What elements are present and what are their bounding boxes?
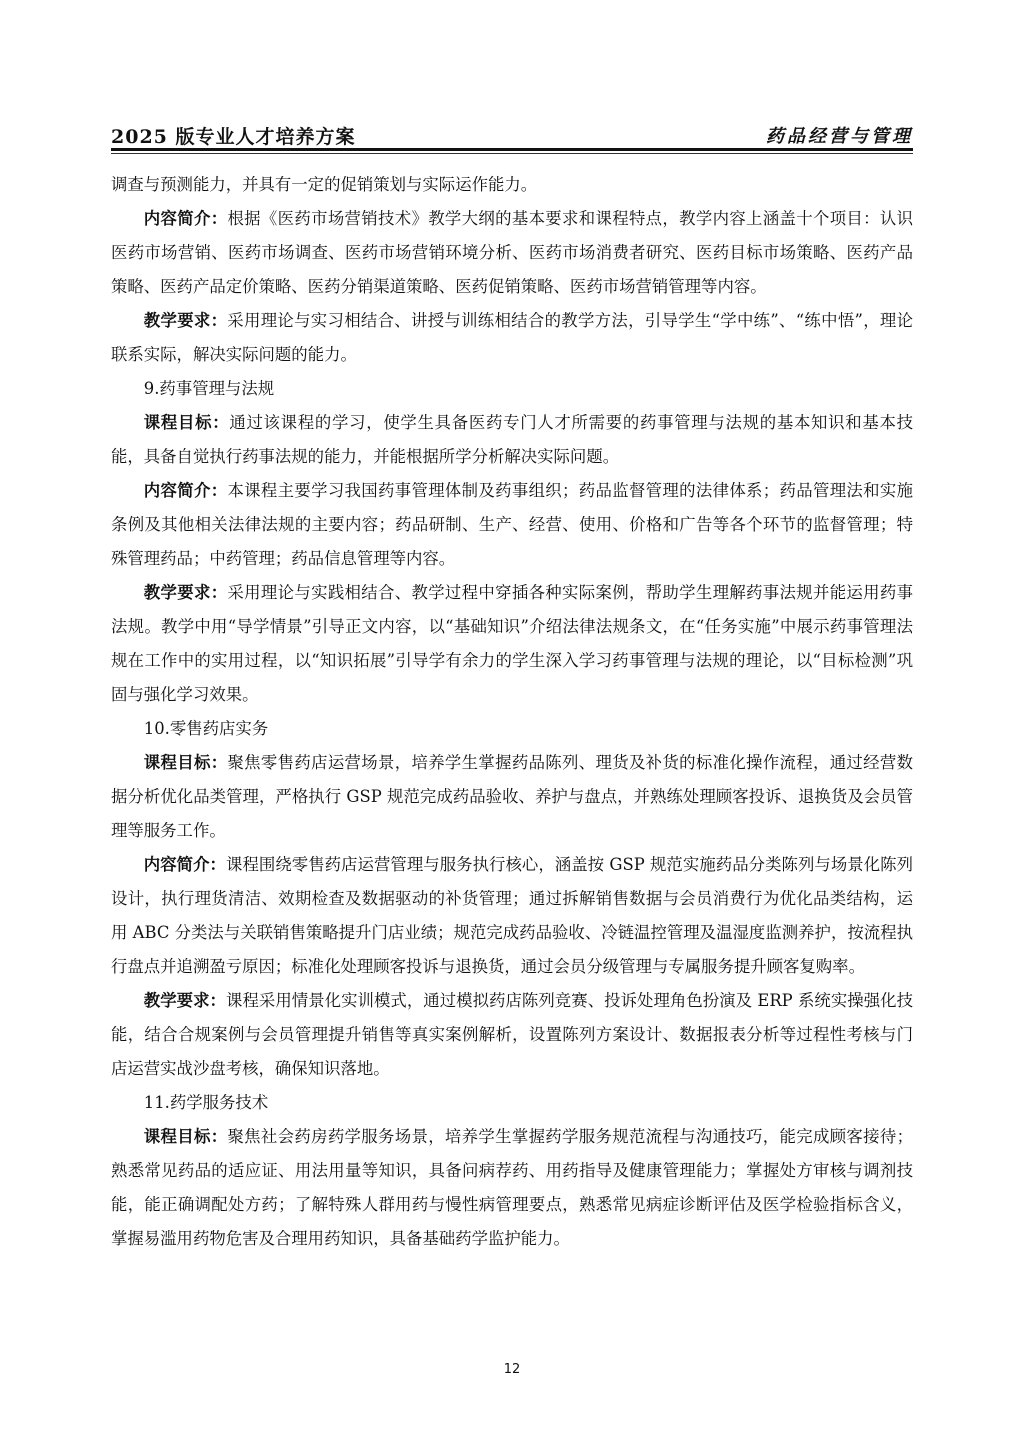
section-heading: 11.药学服务技术 (111, 1086, 913, 1120)
section-heading: 10.零售药店实务 (111, 712, 913, 746)
paragraph-label: 教学要求： (144, 583, 228, 602)
paragraph: 调查与预测能力，并具有一定的促销策划与实际运作能力。 (111, 168, 913, 202)
paragraph-text: 调查与预测能力，并具有一定的促销策划与实际运作能力。 (111, 175, 537, 194)
document-page: 2025 版专业人才培养方案 药品经营与管理 调查与预测能力，并具有一定的促销策… (0, 0, 1024, 1448)
paragraph-text: 根据《医药市场营销技术》教学大纲的基本要求和课程特点，教学内容上涵盖十个项目：认… (111, 209, 913, 296)
paragraph-label: 课程目标： (144, 753, 228, 772)
paragraph-text: 采用理论与实践相结合、教学过程中穿插各种实际案例，帮助学生理解药事法规并能运用药… (111, 583, 913, 704)
paragraph-text: 课程围绕零售药店运营管理与服务执行核心，涵盖按 GSP 规范实施药品分类陈列与场… (111, 855, 913, 976)
paragraph-text: 聚焦零售药店运营场景，培养学生掌握药品陈列、理货及补货的标准化操作流程，通过经营… (111, 753, 913, 840)
section-heading-text: 10.零售药店实务 (144, 719, 268, 738)
paragraph: 课程目标：聚焦零售药店运营场景，培养学生掌握药品陈列、理货及补货的标准化操作流程… (111, 746, 913, 848)
paragraph-label: 课程目标： (144, 413, 230, 432)
header-rule-thin (111, 153, 913, 154)
body-text: 调查与预测能力，并具有一定的促销策划与实际运作能力。 内容简介：根据《医药市场营… (111, 168, 913, 1256)
section-heading-text: 11.药学服务技术 (144, 1093, 268, 1112)
paragraph-label: 内容简介： (144, 481, 228, 500)
running-header: 2025 版专业人才培养方案 药品经营与管理 (111, 118, 913, 152)
section-heading-text: 9.药事管理与法规 (144, 379, 274, 398)
paragraph: 课程目标：通过该课程的学习，使学生具备医药专门人才所需要的药事管理与法规的基本知… (111, 406, 913, 474)
paragraph-label: 内容简介： (144, 855, 226, 874)
paragraph-label: 课程目标： (144, 1127, 228, 1146)
paragraph-text: 聚焦社会药房药学服务场景，培养学生掌握药学服务规范流程与沟通技巧，能完成顾客接待… (111, 1127, 913, 1248)
paragraph-label: 教学要求： (144, 991, 226, 1010)
paragraph: 内容简介：课程围绕零售药店运营管理与服务执行核心，涵盖按 GSP 规范实施药品分… (111, 848, 913, 984)
paragraph-text: 课程采用情景化实训模式，通过模拟药店陈列竞赛、投诉处理角色扮演及 ERP 系统实… (111, 991, 913, 1078)
page-number: 12 (0, 1362, 1024, 1377)
paragraph-text: 本课程主要学习我国药事管理体制及药事组织；药品监督管理的法律体系；药品管理法和实… (111, 481, 913, 568)
header-right-title: 药品经营与管理 (766, 122, 913, 148)
paragraph: 内容简介：本课程主要学习我国药事管理体制及药事组织；药品监督管理的法律体系；药品… (111, 474, 913, 576)
header-left-title: 2025 版专业人才培养方案 (111, 122, 356, 149)
paragraph: 课程目标：聚焦社会药房药学服务场景，培养学生掌握药学服务规范流程与沟通技巧，能完… (111, 1120, 913, 1256)
paragraph: 教学要求：课程采用情景化实训模式，通过模拟药店陈列竞赛、投诉处理角色扮演及 ER… (111, 984, 913, 1086)
paragraph: 教学要求：采用理论与实践相结合、教学过程中穿插各种实际案例，帮助学生理解药事法规… (111, 576, 913, 712)
paragraph-label: 内容简介： (144, 209, 228, 228)
paragraph: 内容简介：根据《医药市场营销技术》教学大纲的基本要求和课程特点，教学内容上涵盖十… (111, 202, 913, 304)
paragraph: 教学要求：采用理论与实习相结合、讲授与训练相结合的教学方法，引导学生“学中练”、… (111, 304, 913, 372)
paragraph-text: 采用理论与实习相结合、讲授与训练相结合的教学方法，引导学生“学中练”、“练中悟”… (111, 311, 913, 364)
header-rule-thick (111, 148, 913, 151)
paragraph-label: 教学要求： (144, 311, 228, 330)
section-heading: 9.药事管理与法规 (111, 372, 913, 406)
paragraph-text: 通过该课程的学习，使学生具备医药专门人才所需要的药事管理与法规的基本知识和基本技… (111, 413, 913, 466)
